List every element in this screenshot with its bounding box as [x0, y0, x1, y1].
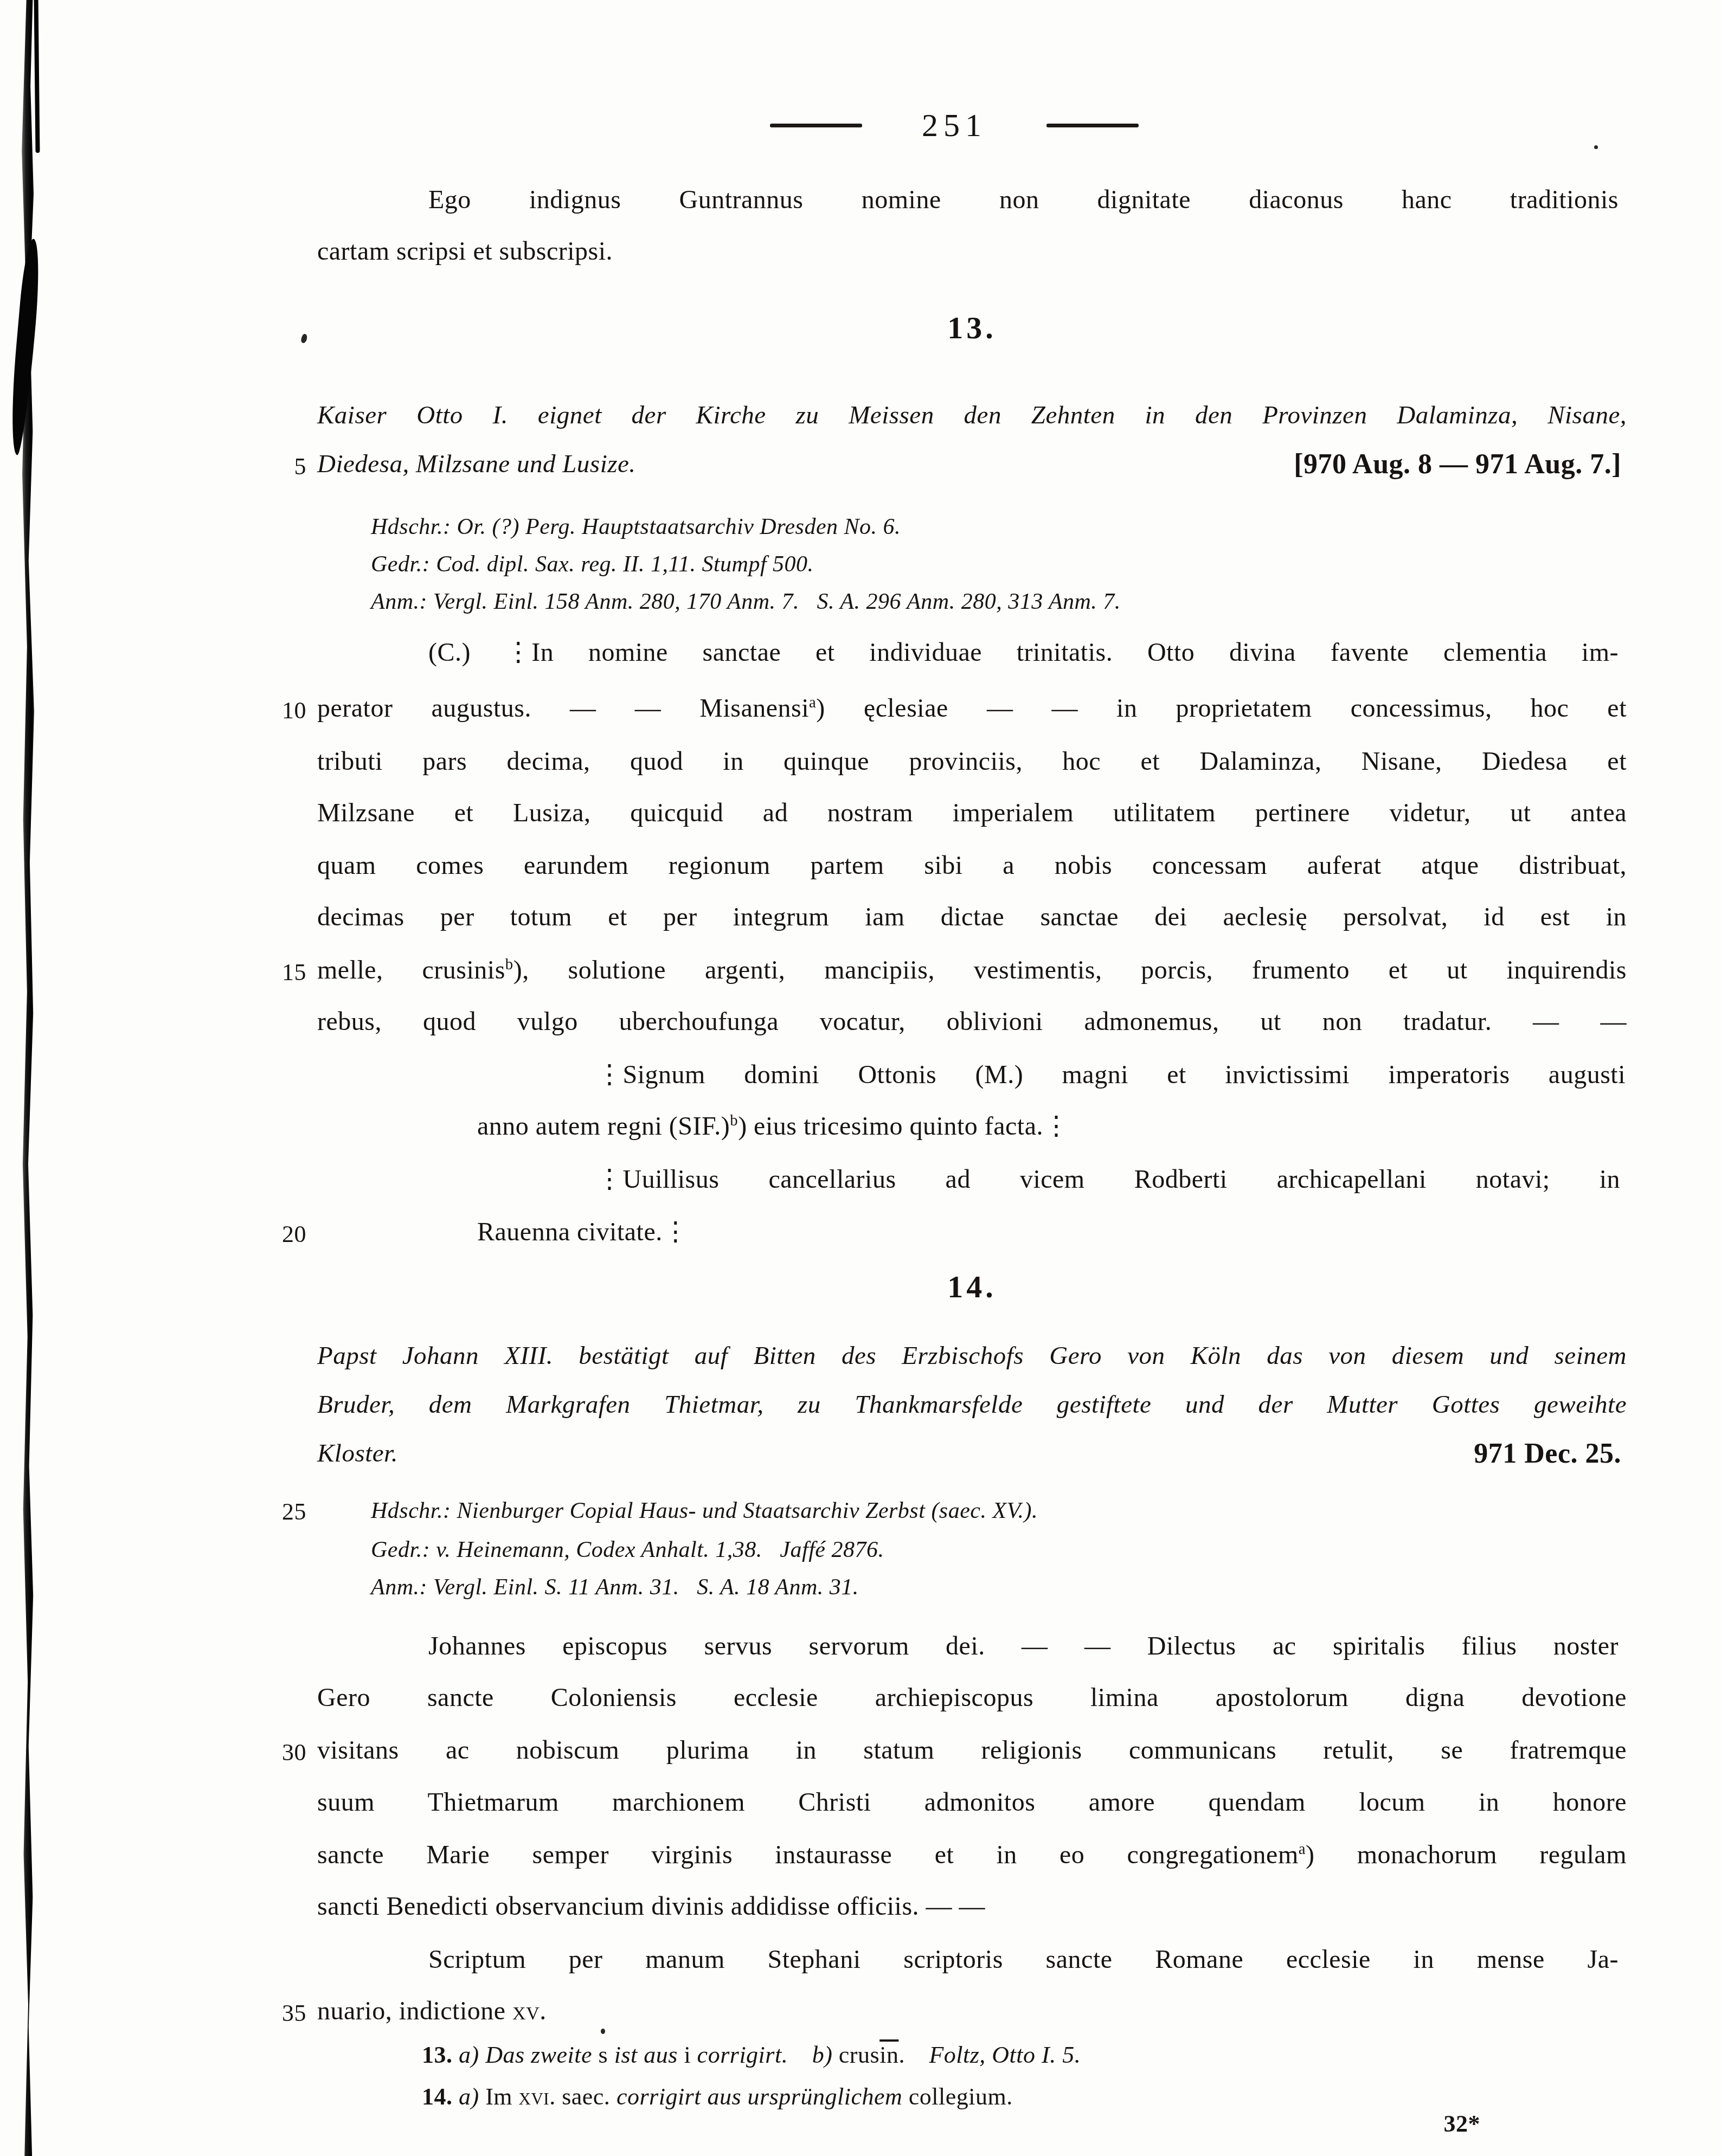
charter13-number-heading: 13.	[317, 307, 1627, 349]
charter14-source-line: Hdschr.: Nienburger Copial Haus- und Sta…	[371, 1496, 1038, 1527]
charter13-body-line: (C.) ⋮In nomine sanctae et individuae tr…	[428, 635, 1619, 671]
charter13-source-line: Gedr.: Cod. dipl. Sax. reg. II. 1,11. St…	[371, 549, 814, 580]
margin-line-number: 5	[239, 450, 306, 482]
header-dash-left	[770, 124, 862, 127]
charter13-source-line: Anm.: Vergl. Einl. 158 Anm. 280, 170 Anm…	[371, 587, 1121, 617]
charter14-regest-line: Papst Johann XIII. bestätigt auf Bitten …	[317, 1339, 1627, 1373]
ink-speck	[601, 2029, 605, 2034]
footnote-line: 13. a) Das zweite s ist aus i corrigirt.…	[422, 2039, 1081, 2071]
charter13-subscription-line: Rauenna civitate.⋮	[477, 1215, 689, 1250]
charter14-regest-line: Bruder, dem Markgrafen Thietmar, zu Than…	[317, 1388, 1627, 1422]
page-number: 251	[922, 106, 987, 144]
charter13-subscription-line: ⋮Uuillisus cancellarius ad vicem Rodbert…	[596, 1162, 1620, 1198]
charter14-date: 971 Dec. 25.	[1193, 1435, 1621, 1473]
intro-paragraph-line: cartam scripsi et subscripsi.	[317, 234, 613, 269]
charter13-body-line: rebus, quod vulgo uberchoufunga vocatur,…	[317, 1005, 1627, 1040]
scanned-book-page: 251 Ego indignus Guntrannus nomine non d…	[0, 0, 1721, 2156]
charter13-regest-line: Kaiser Otto I. eignet der Kirche zu Meis…	[317, 398, 1627, 433]
page-signature: 32*	[1318, 2108, 1480, 2140]
charter14-body-line: nuario, indictione xv.	[317, 1994, 547, 2029]
charter14-body-line: Johannes episcopus servus servorum dei. …	[428, 1629, 1619, 1664]
margin-line-number: 10	[239, 694, 306, 726]
charter13-body-line: tributi pars decima, quod in quinque pro…	[317, 744, 1627, 780]
margin-line-number: 25	[239, 1496, 306, 1528]
charter13-body-line: Milzsane et Lusiza, quicquid ad nostram …	[317, 796, 1627, 831]
charter14-body-line: suum Thietmarum marchionem Christi admon…	[317, 1785, 1627, 1820]
charter14-body-line: visitans ac nobiscum plurima in statum r…	[317, 1733, 1627, 1768]
charter13-body-line: decimas per totum et per integrum iam di…	[317, 900, 1627, 935]
page-header: 251	[770, 106, 1139, 144]
charter14-number-heading: 14.	[317, 1266, 1627, 1308]
charter13-subscription-line: ⋮Signum domini Ottonis (M.) magni et inv…	[596, 1058, 1626, 1093]
charter14-source-line: Anm.: Vergl. Einl. S. 11 Anm. 31. S. A. …	[371, 1572, 859, 1603]
binding-edge-line-artifact	[34, 0, 40, 153]
charter13-regest-line: Diedesa, Milzsane und Lusize.	[317, 447, 636, 481]
charter14-source-line: Gedr.: v. Heinemann, Codex Anhalt. 1,38.…	[371, 1535, 884, 1566]
charter13-source-line: Hdschr.: Or. (?) Perg. Hauptstaatsarchiv…	[371, 512, 901, 543]
charter13-body-line: quam comes earundem regionum partem sibi…	[317, 848, 1627, 884]
margin-line-number: 20	[239, 1218, 306, 1250]
ink-speck	[1594, 145, 1598, 149]
charter13-body-line: melle, crusinisb), solutione argenti, ma…	[317, 953, 1627, 988]
charter13-subscription-line: anno autem regni (SIF.)b) eius tricesimo…	[477, 1109, 1069, 1144]
margin-line-number: 30	[239, 1736, 306, 1768]
charter13-body-line: perator augustus. — — Misanensia) ęclesi…	[317, 691, 1627, 726]
charter14-body-line: Scriptum per manum Stephani scriptoris s…	[428, 1942, 1619, 1978]
charter14-body-line: Gero sancte Coloniensis ecclesie archiep…	[317, 1681, 1627, 1716]
margin-line-number: 15	[239, 956, 306, 988]
charter14-body-line: sancte Marie semper virginis instaurasse…	[317, 1838, 1627, 1873]
margin-line-number: 35	[239, 1997, 306, 2029]
charter14-regest-line: Kloster.	[317, 1437, 398, 1471]
charter14-body-line: sancti Benedicti observancium divinis ad…	[317, 1889, 985, 1925]
ink-speck	[300, 333, 309, 344]
header-dash-right	[1046, 124, 1139, 127]
footnote-line: 14. a) Im xvi. saec. corrigirt aus urspr…	[422, 2081, 1013, 2113]
intro-paragraph-line: Ego indignus Guntrannus nomine non digni…	[428, 183, 1619, 218]
charter13-date: [970 Aug. 8 — 971 Aug. 7.]	[1193, 446, 1621, 484]
